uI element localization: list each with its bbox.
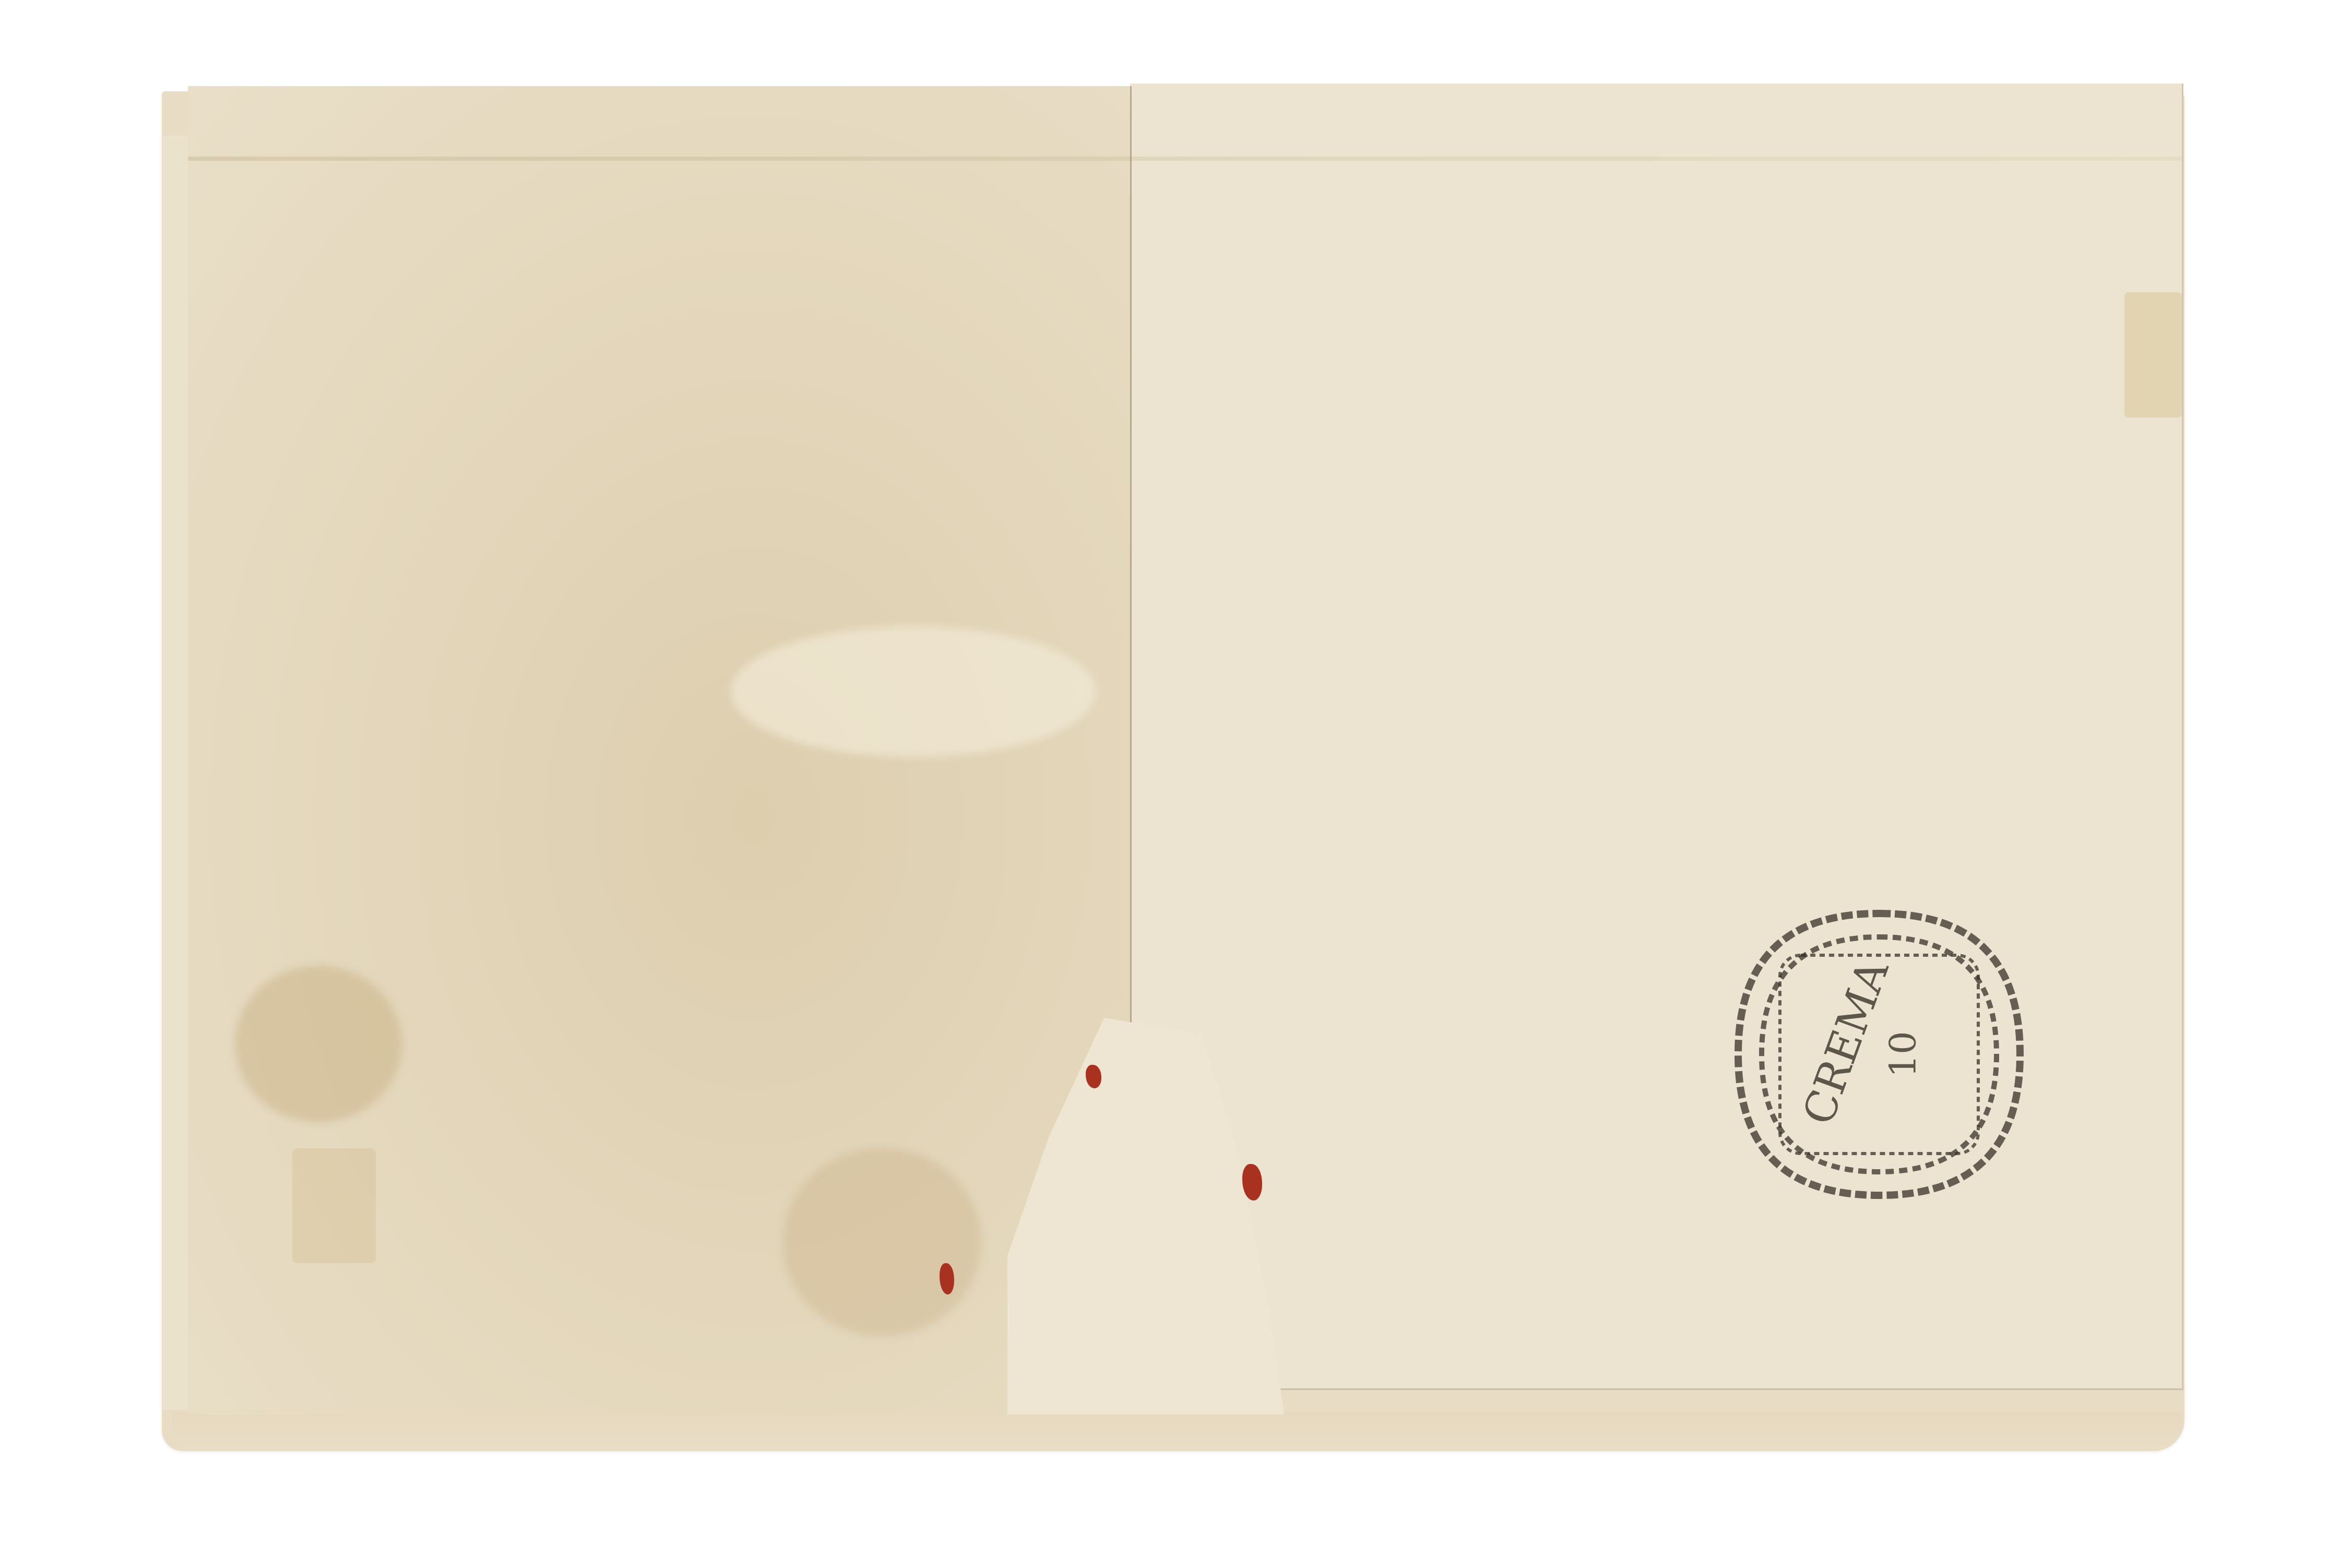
foxing-stain: [235, 966, 402, 1122]
foxing-stain: [783, 1148, 981, 1336]
top-fold-line: [188, 157, 2182, 161]
hinge-stain: [292, 1148, 376, 1263]
hinge-stain: [2124, 292, 2182, 418]
bottom-fold-strip: [172, 1412, 2182, 1451]
abrasion-mark: [731, 626, 1096, 757]
postmark: CREMA 10: [1723, 898, 2036, 1211]
postmark-day: 10: [1882, 1031, 1925, 1077]
